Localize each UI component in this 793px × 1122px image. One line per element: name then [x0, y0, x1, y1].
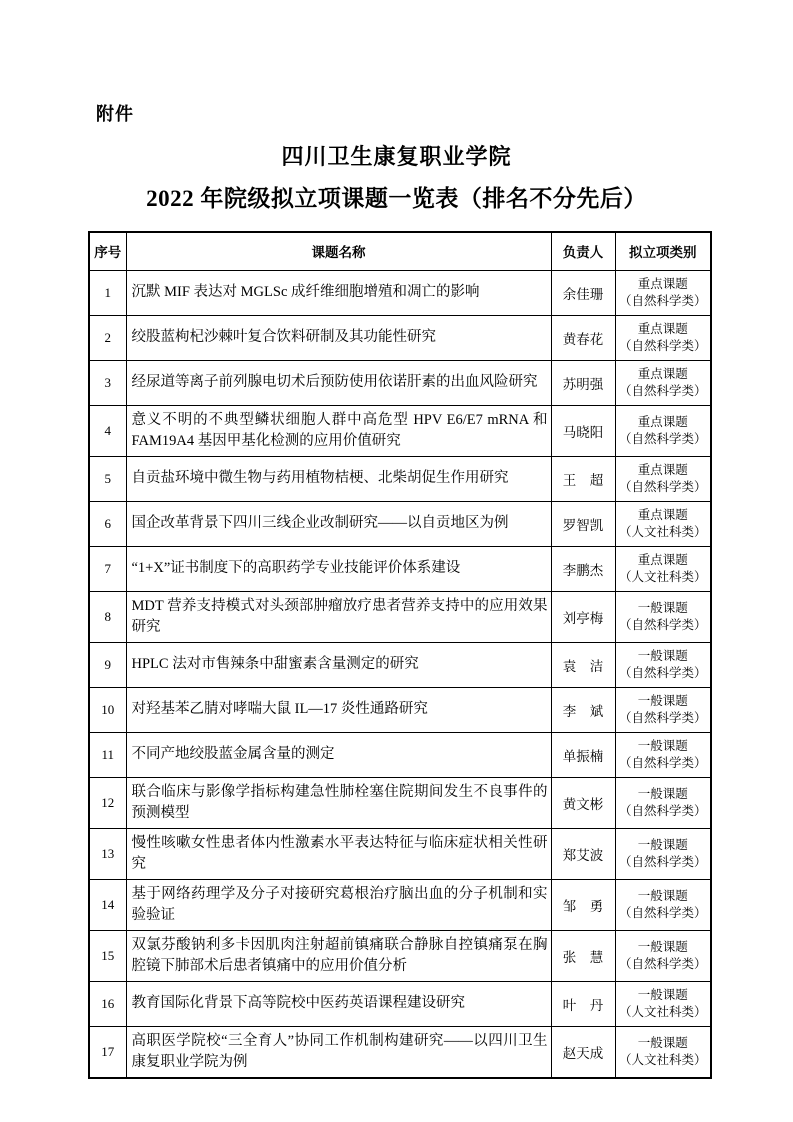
- project-leader-cell: 李鹏杰: [551, 546, 615, 591]
- project-leader-cell: 袁 洁: [551, 642, 615, 687]
- table-header: 序号 课题名称 负责人 拟立项类别: [89, 232, 711, 270]
- row-number-cell: 3: [89, 360, 126, 405]
- document-title: 四川卫生康复职业学院: [0, 140, 793, 171]
- project-leader-cell: 苏明强: [551, 360, 615, 405]
- row-number-cell: 11: [89, 732, 126, 777]
- category-type-label: 一般课题: [616, 987, 711, 1004]
- table-row: 11 不同产地绞股蓝金属含量的测定 单振楠 一般课题 （自然科学类）: [89, 732, 711, 777]
- category-field-label: （自然科学类）: [616, 710, 711, 727]
- category-field-label: （自然科学类）: [616, 293, 711, 310]
- table-header-row: 序号 课题名称 负责人 拟立项类别: [89, 232, 711, 270]
- project-leader-cell: 邹 勇: [551, 879, 615, 930]
- project-category-cell: 一般课题 （自然科学类）: [615, 930, 711, 981]
- project-title-cell: 联合临床与影像学指标构建急性肺栓塞住院期间发生不良事件的预测模型: [126, 777, 551, 828]
- project-category-cell: 一般课题 （自然科学类）: [615, 828, 711, 879]
- project-title-cell: “1+X”证书制度下的高职药学专业技能评价体系建设: [126, 546, 551, 591]
- category-type-label: 重点课题: [616, 276, 711, 293]
- row-number-cell: 12: [89, 777, 126, 828]
- project-title-cell: 教育国际化背景下高等院校中医药英语课程建设研究: [126, 981, 551, 1026]
- project-title-cell: 绞股蓝枸杞沙棘叶复合饮料研制及其功能性研究: [126, 315, 551, 360]
- project-leader-cell: 李 斌: [551, 687, 615, 732]
- project-title-cell: 对羟基苯乙腈对哮喘大鼠 IL—17 炎性通路研究: [126, 687, 551, 732]
- row-number-cell: 17: [89, 1026, 126, 1078]
- project-category-cell: 重点课题 （人文社科类）: [615, 501, 711, 546]
- row-number-cell: 10: [89, 687, 126, 732]
- table-row: 2 绞股蓝枸杞沙棘叶复合饮料研制及其功能性研究 黄春花 重点课题 （自然科学类）: [89, 315, 711, 360]
- header-cell-no: 序号: [89, 232, 126, 270]
- project-title-cell: 意义不明的不典型鳞状细胞人群中高危型 HPV E6/E7 mRNA 和 FAM1…: [126, 405, 551, 456]
- table-row: 3 经尿道等离子前列腺电切术后预防使用依诺肝素的出血风险研究 苏明强 重点课题 …: [89, 360, 711, 405]
- project-title-cell: MDT 营养支持模式对头颈部肿瘤放疗患者营养支持中的应用效果研究: [126, 591, 551, 642]
- project-category-cell: 重点课题 （自然科学类）: [615, 456, 711, 501]
- project-title-cell: 沉默 MIF 表达对 MGLSc 成纤维细胞增殖和凋亡的影响: [126, 270, 551, 315]
- project-title-cell: 经尿道等离子前列腺电切术后预防使用依诺肝素的出血风险研究: [126, 360, 551, 405]
- category-field-label: （人文社科类）: [616, 569, 711, 586]
- project-category-cell: 重点课题 （自然科学类）: [615, 270, 711, 315]
- project-title-cell: 基于网络药理学及分子对接研究葛根治疗脑出血的分子机制和实验验证: [126, 879, 551, 930]
- category-type-label: 一般课题: [616, 939, 711, 956]
- project-title-cell: 自贡盐环境中微生物与药用植物桔梗、北柴胡促生作用研究: [126, 456, 551, 501]
- project-leader-cell: 余佳珊: [551, 270, 615, 315]
- row-number-cell: 8: [89, 591, 126, 642]
- row-number-cell: 13: [89, 828, 126, 879]
- project-category-cell: 一般课题 （自然科学类）: [615, 687, 711, 732]
- table-row: 6 国企改革背景下四川三线企业改制研究——以自贡地区为例 罗智凯 重点课题 （人…: [89, 501, 711, 546]
- table-row: 5 自贡盐环境中微生物与药用植物桔梗、北柴胡促生作用研究 王 超 重点课题 （自…: [89, 456, 711, 501]
- table-body: 1 沉默 MIF 表达对 MGLSc 成纤维细胞增殖和凋亡的影响 余佳珊 重点课…: [89, 270, 711, 1078]
- category-type-label: 重点课题: [616, 462, 711, 479]
- project-leader-cell: 刘亭梅: [551, 591, 615, 642]
- project-leader-cell: 王 超: [551, 456, 615, 501]
- project-title-cell: 双氯芬酸钠利多卡因肌肉注射超前镇痛联合静脉自控镇痛泵在胸腔镜下肺部术后患者镇痛中…: [126, 930, 551, 981]
- category-type-label: 重点课题: [616, 366, 711, 383]
- project-category-cell: 重点课题 （自然科学类）: [615, 405, 711, 456]
- row-number-cell: 7: [89, 546, 126, 591]
- project-category-cell: 一般课题 （人文社科类）: [615, 981, 711, 1026]
- project-leader-cell: 马晓阳: [551, 405, 615, 456]
- table-row: 10 对羟基苯乙腈对哮喘大鼠 IL—17 炎性通路研究 李 斌 一般课题 （自然…: [89, 687, 711, 732]
- project-category-cell: 一般课题 （人文社科类）: [615, 1026, 711, 1078]
- project-category-cell: 一般课题 （自然科学类）: [615, 642, 711, 687]
- category-type-label: 一般课题: [616, 786, 711, 803]
- table-row: 1 沉默 MIF 表达对 MGLSc 成纤维细胞增殖和凋亡的影响 余佳珊 重点课…: [89, 270, 711, 315]
- category-field-label: （人文社科类）: [616, 524, 711, 541]
- category-type-label: 一般课题: [616, 693, 711, 710]
- project-leader-cell: 黄文彬: [551, 777, 615, 828]
- project-leader-cell: 单振楠: [551, 732, 615, 777]
- project-category-cell: 一般课题 （自然科学类）: [615, 879, 711, 930]
- category-type-label: 一般课题: [616, 1035, 711, 1052]
- row-number-cell: 16: [89, 981, 126, 1026]
- project-title-cell: 慢性咳嗽女性患者体内性激素水平表达特征与临床症状相关性研究: [126, 828, 551, 879]
- category-type-label: 重点课题: [616, 552, 711, 569]
- project-category-cell: 一般课题 （自然科学类）: [615, 732, 711, 777]
- table-row: 12 联合临床与影像学指标构建急性肺栓塞住院期间发生不良事件的预测模型 黄文彬 …: [89, 777, 711, 828]
- category-type-label: 重点课题: [616, 507, 711, 524]
- project-leader-cell: 张 慧: [551, 930, 615, 981]
- project-leader-cell: 赵天成: [551, 1026, 615, 1078]
- category-type-label: 重点课题: [616, 321, 711, 338]
- category-type-label: 一般课题: [616, 648, 711, 665]
- project-category-cell: 一般课题 （自然科学类）: [615, 591, 711, 642]
- category-field-label: （自然科学类）: [616, 755, 711, 772]
- project-category-cell: 一般课题 （自然科学类）: [615, 777, 711, 828]
- row-number-cell: 2: [89, 315, 126, 360]
- document-page: 附件 四川卫生康复职业学院 2022 年院级拟立项课题一览表（排名不分先后） 序…: [0, 0, 793, 1122]
- table-row: 16 教育国际化背景下高等院校中医药英语课程建设研究 叶 丹 一般课题 （人文社…: [89, 981, 711, 1026]
- category-type-label: 一般课题: [616, 837, 711, 854]
- category-field-label: （自然科学类）: [616, 479, 711, 496]
- project-title-cell: HPLC 法对市售辣条中甜蜜素含量测定的研究: [126, 642, 551, 687]
- project-leader-cell: 黄春花: [551, 315, 615, 360]
- row-number-cell: 9: [89, 642, 126, 687]
- header-cell-title: 课题名称: [126, 232, 551, 270]
- table-row: 7 “1+X”证书制度下的高职药学专业技能评价体系建设 李鹏杰 重点课题 （人文…: [89, 546, 711, 591]
- category-field-label: （自然科学类）: [616, 617, 711, 634]
- category-type-label: 重点课题: [616, 414, 711, 431]
- category-field-label: （人文社科类）: [616, 1052, 711, 1069]
- header-cell-leader: 负责人: [551, 232, 615, 270]
- category-field-label: （自然科学类）: [616, 956, 711, 973]
- project-category-cell: 重点课题 （自然科学类）: [615, 315, 711, 360]
- project-category-cell: 重点课题 （自然科学类）: [615, 360, 711, 405]
- category-type-label: 一般课题: [616, 738, 711, 755]
- row-number-cell: 1: [89, 270, 126, 315]
- category-field-label: （自然科学类）: [616, 803, 711, 820]
- project-leader-cell: 罗智凯: [551, 501, 615, 546]
- category-field-label: （自然科学类）: [616, 854, 711, 871]
- category-field-label: （人文社科类）: [616, 1004, 711, 1021]
- header-cell-category: 拟立项类别: [615, 232, 711, 270]
- category-field-label: （自然科学类）: [616, 431, 711, 448]
- category-field-label: （自然科学类）: [616, 905, 711, 922]
- row-number-cell: 4: [89, 405, 126, 456]
- projects-table: 序号 课题名称 负责人 拟立项类别 1 沉默 MIF 表达对 MGLSc 成纤维…: [88, 231, 712, 1079]
- row-number-cell: 14: [89, 879, 126, 930]
- project-leader-cell: 郑艾波: [551, 828, 615, 879]
- table-row: 13 慢性咳嗽女性患者体内性激素水平表达特征与临床症状相关性研究 郑艾波 一般课…: [89, 828, 711, 879]
- row-number-cell: 6: [89, 501, 126, 546]
- category-field-label: （自然科学类）: [616, 383, 711, 400]
- category-type-label: 一般课题: [616, 600, 711, 617]
- project-leader-cell: 叶 丹: [551, 981, 615, 1026]
- attachment-label: 附件: [96, 100, 134, 126]
- table-row: 15 双氯芬酸钠利多卡因肌肉注射超前镇痛联合静脉自控镇痛泵在胸腔镜下肺部术后患者…: [89, 930, 711, 981]
- project-title-cell: 国企改革背景下四川三线企业改制研究——以自贡地区为例: [126, 501, 551, 546]
- table-row: 8 MDT 营养支持模式对头颈部肿瘤放疗患者营养支持中的应用效果研究 刘亭梅 一…: [89, 591, 711, 642]
- table-row: 9 HPLC 法对市售辣条中甜蜜素含量测定的研究 袁 洁 一般课题 （自然科学类…: [89, 642, 711, 687]
- table-row: 17 高职医学院校“三全育人”协同工作机制构建研究——以四川卫生康复职业学院为例…: [89, 1026, 711, 1078]
- row-number-cell: 15: [89, 930, 126, 981]
- category-field-label: （自然科学类）: [616, 338, 711, 355]
- category-type-label: 一般课题: [616, 888, 711, 905]
- row-number-cell: 5: [89, 456, 126, 501]
- project-title-cell: 高职医学院校“三全育人”协同工作机制构建研究——以四川卫生康复职业学院为例: [126, 1026, 551, 1078]
- table-row: 4 意义不明的不典型鳞状细胞人群中高危型 HPV E6/E7 mRNA 和 FA…: [89, 405, 711, 456]
- project-title-cell: 不同产地绞股蓝金属含量的测定: [126, 732, 551, 777]
- category-field-label: （自然科学类）: [616, 665, 711, 682]
- document-subtitle: 2022 年院级拟立项课题一览表（排名不分先后）: [0, 180, 793, 213]
- project-category-cell: 重点课题 （人文社科类）: [615, 546, 711, 591]
- table-row: 14 基于网络药理学及分子对接研究葛根治疗脑出血的分子机制和实验验证 邹 勇 一…: [89, 879, 711, 930]
